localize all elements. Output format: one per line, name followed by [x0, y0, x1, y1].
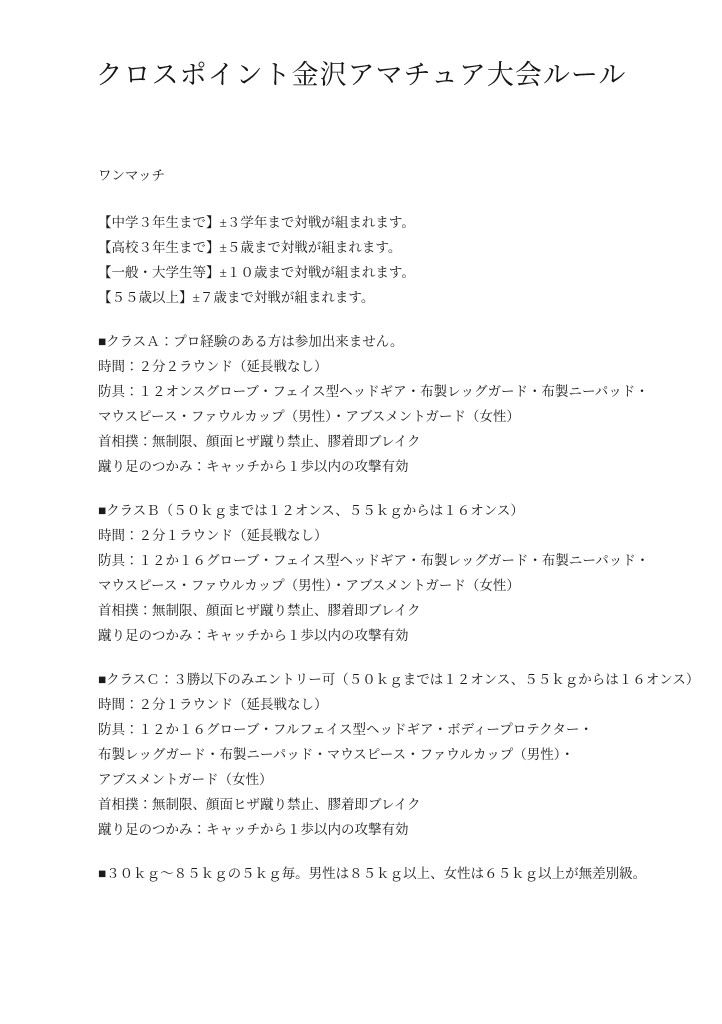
class-b-heading: ■クラスＢ（５０ｋｇまでは１２オンス、５５ｋｇからは１６オンス）: [98, 498, 682, 523]
rule-line: 布製レッグガード・布製ニーパッド・マウスピース・ファウルカップ（男性）・: [98, 742, 682, 767]
class-b-section: ■クラスＢ（５０ｋｇまでは１２オンス、５５ｋｇからは１６オンス） 時間：２分１ラ…: [98, 498, 682, 648]
rule-line: 時間：２分１ラウンド（延長戦なし）: [98, 523, 682, 548]
age-rule-line: 【５５歳以上】±７歳まで対戦が組まれます。: [98, 285, 682, 310]
rule-line: マウスピース・ファウルカップ（男性）・アブスメントガード（女性）: [98, 573, 682, 598]
class-c-heading: ■クラスＣ：３勝以下のみエントリー可（５０ｋｇまでは１２オンス、５５ｋｇからは１…: [98, 667, 682, 692]
age-rule-line: 【中学３年生まで】±３学年まで対戦が組まれます。: [98, 210, 682, 235]
age-matching-rules: 【中学３年生まで】±３学年まで対戦が組まれます。 【高校３年生まで】±５歳まで対…: [98, 210, 682, 310]
match-type-label: ワンマッチ: [98, 163, 682, 188]
age-rule-line: 【高校３年生まで】±５歳まで対戦が組まれます。: [98, 235, 682, 260]
rule-line: 防具：１２か１６グローブ・フェイス型ヘッドギア・布製レッグガード・布製ニーパッド…: [98, 548, 682, 573]
class-a-heading: ■クラスＡ：プロ経験のある方は参加出来ません。: [98, 329, 682, 354]
rule-line: 防具：１２か１６グローブ・フルフェイス型ヘッドギア・ボディープロテクター・: [98, 717, 682, 742]
rule-line: 防具：１２オンスグローブ・フェイス型ヘッドギア・布製レッグガード・布製ニーパッド…: [98, 379, 682, 404]
document-title: クロスポイント金沢アマチュア大会ルール: [0, 55, 722, 95]
weight-class-rule: ■３０ｋｇ～８５ｋｇの５ｋｇ毎。男性は８５ｋｇ以上、女性は６５ｋｇ以上が無差別級…: [98, 861, 682, 886]
class-c-section: ■クラスＣ：３勝以下のみエントリー可（５０ｋｇまでは１２オンス、５５ｋｇからは１…: [98, 667, 682, 842]
class-a-section: ■クラスＡ：プロ経験のある方は参加出来ません。 時間：２分２ラウンド（延長戦なし…: [98, 329, 682, 479]
document-page: クロスポイント金沢アマチュア大会ルール ワンマッチ 【中学３年生まで】±３学年ま…: [0, 0, 722, 1024]
rule-line: 時間：２分１ラウンド（延長戦なし）: [98, 692, 682, 717]
rule-line: 首相撲：無制限、顔面ヒザ蹴り禁止、膠着即ブレイク: [98, 598, 682, 623]
rule-line: 首相撲：無制限、顔面ヒザ蹴り禁止、膠着即ブレイク: [98, 792, 682, 817]
rule-line: アブスメントガード（女性）: [98, 767, 682, 792]
rule-line: マウスピース・ファウルカップ（男性）・アブスメントガード（女性）: [98, 404, 682, 429]
rule-line: 蹴り足のつかみ：キャッチから１歩以内の攻撃有効: [98, 817, 682, 842]
rule-line: 首相撲：無制限、顔面ヒザ蹴り禁止、膠着即ブレイク: [98, 429, 682, 454]
rule-line: 蹴り足のつかみ：キャッチから１歩以内の攻撃有効: [98, 454, 682, 479]
rule-line: 蹴り足のつかみ：キャッチから１歩以内の攻撃有効: [98, 623, 682, 648]
age-rule-line: 【一般・大学生等】±１０歳まで対戦が組まれます。: [98, 260, 682, 285]
rule-line: 時間：２分２ラウンド（延長戦なし）: [98, 354, 682, 379]
